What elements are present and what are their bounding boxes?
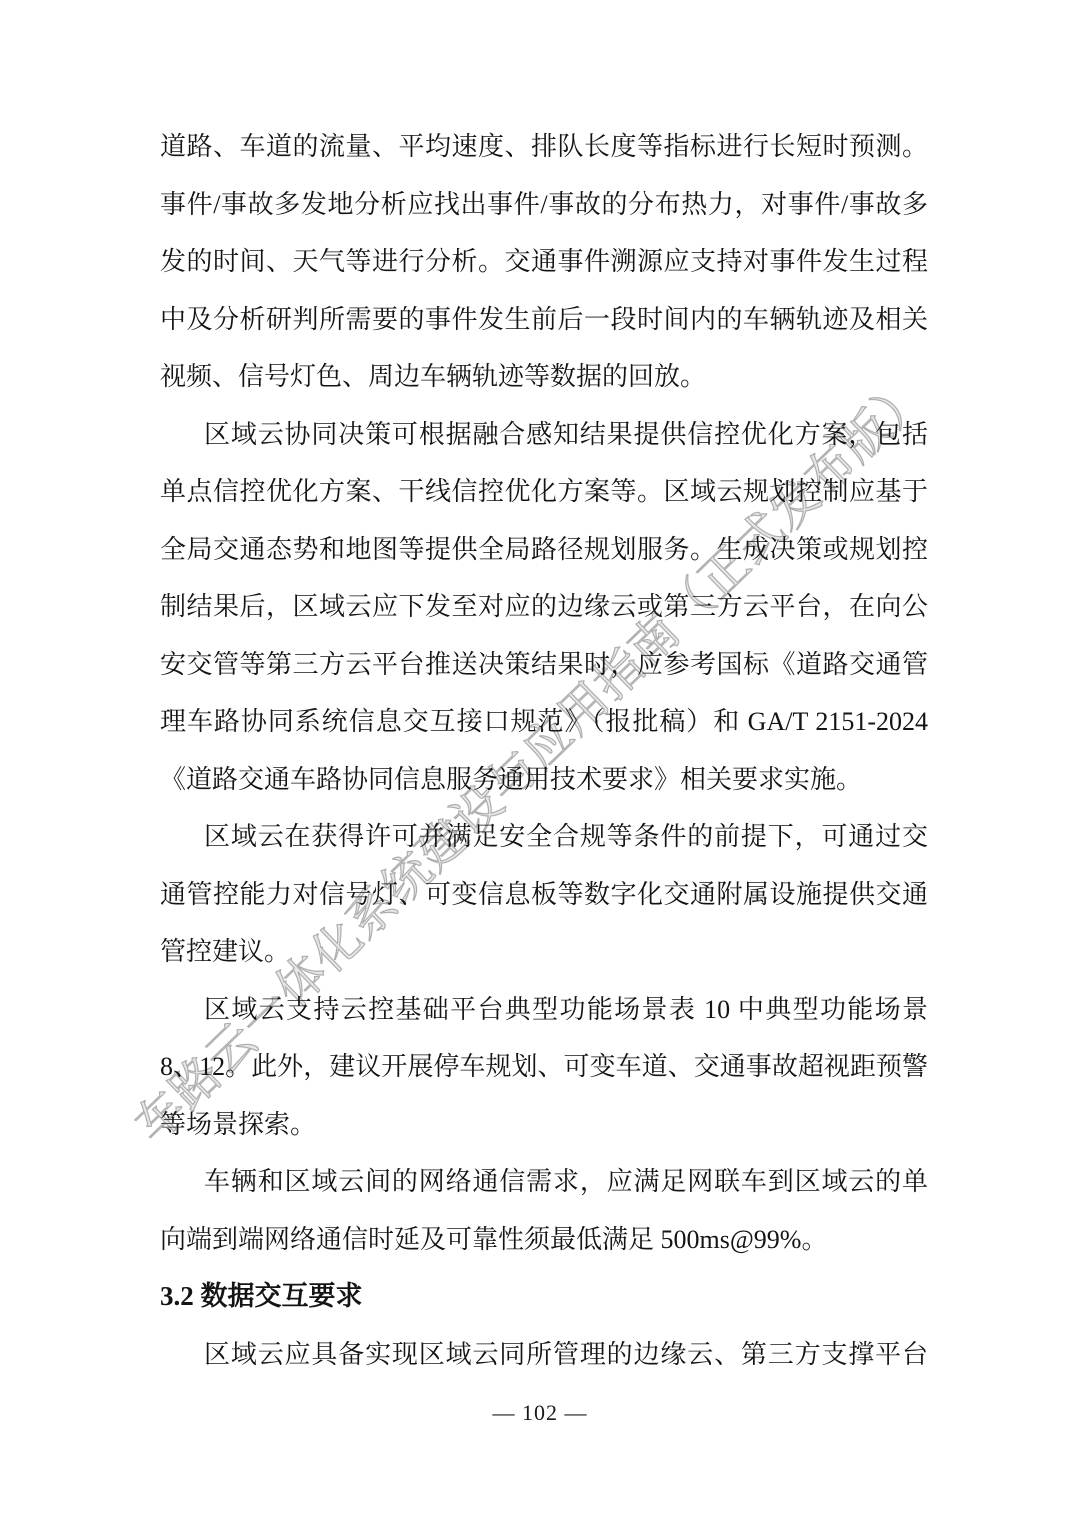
body-text-line: 8、12。此外，建议开展停车规划、可变车道、交通事故超视距预警: [160, 1038, 928, 1096]
body-text-line: 区域云应具备实现区域云同所管理的边缘云、第三方支撑平台: [160, 1326, 928, 1384]
body-text-line: 管控建议。: [160, 923, 928, 981]
body-text-line: 发的时间、天气等进行分析。交通事件溯源应支持对事件发生过程: [160, 233, 928, 291]
body-text-line: 区域云在获得许可并满足安全合规等条件的前提下，可通过交: [160, 808, 928, 866]
page-footer: — 102 —: [0, 1400, 1080, 1426]
body-text-line: 通管控能力对信号灯、可变信息板等数字化交通附属设施提供交通: [160, 866, 928, 924]
body-text-line: 道路、车道的流量、平均速度、排队长度等指标进行长短时预测。: [160, 118, 928, 176]
body-text-line: 向端到端网络通信时延及可靠性须最低满足 500ms@99%。: [160, 1211, 928, 1269]
document-page: 车路云一体化系统建设与应用指南（正式发布版） 道路、车道的流量、平均速度、排队长…: [0, 0, 1080, 1527]
body-text-line: 区域云协同决策可根据融合感知结果提供信控优化方案，包括: [160, 406, 928, 464]
body-text-line: 车辆和区域云间的网络通信需求，应满足网联车到区域云的单: [160, 1153, 928, 1211]
document-body: 道路、车道的流量、平均速度、排队长度等指标进行长短时预测。事件/事故多发地分析应…: [160, 118, 928, 1383]
body-text-line: 安交管等第三方云平台推送决策结果时，应参考国标《道路交通管: [160, 636, 928, 694]
body-text-line: 视频、信号灯色、周边车辆轨迹等数据的回放。: [160, 348, 928, 406]
body-text-line: 《道路交通车路协同信息服务通用技术要求》相关要求实施。: [160, 751, 928, 809]
body-text-line: 单点信控优化方案、干线信控优化方案等。区域云规划控制应基于: [160, 463, 928, 521]
body-text-line: 事件/事故多发地分析应找出事件/事故的分布热力，对事件/事故多: [160, 176, 928, 234]
body-text-line: 中及分析研判所需要的事件发生前后一段时间内的车辆轨迹及相关: [160, 291, 928, 349]
section-heading: 3.2 数据交互要求: [160, 1268, 928, 1326]
body-text-line: 全局交通态势和地图等提供全局路径规划服务。生成决策或规划控: [160, 521, 928, 579]
body-text-line: 理车路协同系统信息交互接口规范》（报批稿）和 GA/T 2151-2024: [160, 693, 928, 751]
body-text-line: 制结果后，区域云应下发至对应的边缘云或第三方云平台，在向公: [160, 578, 928, 636]
body-text-line: 等场景探索。: [160, 1096, 928, 1154]
page-number: — 102 —: [493, 1400, 588, 1425]
body-text-line: 区域云支持云控基础平台典型功能场景表 10 中典型功能场景 7、: [160, 981, 928, 1039]
